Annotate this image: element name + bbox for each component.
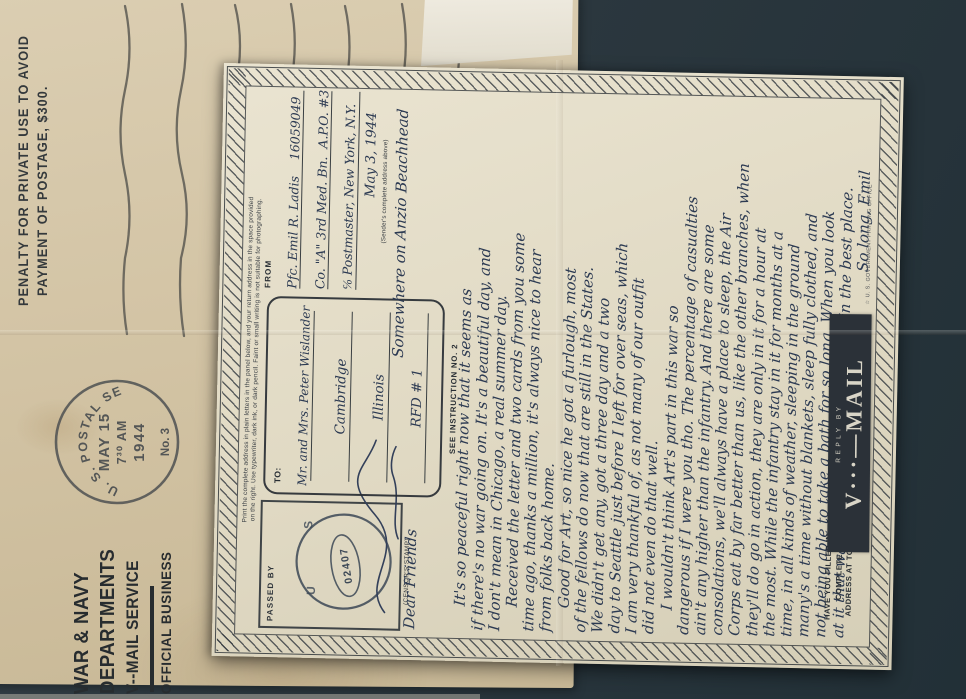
official-business-block: WAR & NAVYDEPARTMENTSV--MAIL SERVICE OFF…	[69, 480, 231, 694]
envelope-flap-paper	[419, 0, 575, 66]
postmark-circle: U. S. POSTAL SERVICE MAY 15 7³⁰ AM 1944 …	[47, 372, 187, 512]
scanner-bed-edge	[0, 694, 480, 699]
letter-body: Somewhere on Anzio BeachheadDear Friends…	[384, 97, 875, 639]
official-business-label: OFFICIAL BUSINESS	[158, 491, 174, 694]
v-mail-logo-text: V···—MAIL	[842, 357, 865, 509]
postmark-number: No. 3	[160, 428, 172, 456]
from-address-line: Co. "A" 3rd Med. Bn. A.P.O. #3	[300, 91, 332, 290]
from-address-line: ℅ Postmaster, New York, N.Y.	[328, 91, 360, 290]
postmark-stamp: U. S. POSTAL SERVICE MAY 15 7³⁰ AM 1944 …	[47, 372, 187, 512]
to-address-line: Cambridge	[311, 311, 353, 482]
censor-number: 02407	[338, 546, 355, 584]
letter-date: May 3, 1944	[360, 92, 380, 290]
censor-letter-s: S	[301, 521, 315, 529]
postmark-time: 7³⁰ AM	[115, 420, 129, 465]
scanned-vmail-letter: PENALTY FOR PRIVATE USE TO AVOID PAYMENT…	[0, 0, 966, 699]
to-label: TO:	[272, 467, 282, 483]
penalty-line-2: PAYMENT OF POSTAGE, $300.	[35, 42, 50, 296]
v-mail-logo: REPLY BY V···—MAIL	[827, 314, 871, 552]
postmark-year: 1944	[131, 422, 148, 461]
printing-office-credit: ☆ U. S. GOVERNMENT PRINTING OFFICE	[865, 184, 874, 305]
form-content: Print the complete address in plain lett…	[236, 87, 879, 644]
from-address-block: FROM Pfc. Emil R. Ladis 16059049Co. "A" …	[263, 90, 390, 291]
from-address-lines: Pfc. Emil R. Ladis 16059049Co. "A" 3rd M…	[272, 90, 360, 290]
to-address-line: Mr. and Mrs. Peter Wislander	[273, 310, 315, 481]
department-line: DEPARTMENTS	[95, 495, 121, 694]
from-address-line: Pfc. Emil R. Ladis 16059049	[272, 90, 304, 289]
sender-address-caption: (Sender's complete address above)	[379, 92, 390, 290]
department-line: V--MAIL SERVICE	[121, 495, 145, 694]
postmark-date: MAY 15	[96, 413, 113, 472]
divider-rule	[150, 586, 154, 692]
vmail-form: Print the complete address in plain lett…	[212, 63, 904, 670]
penalty-notice: PENALTY FOR PRIVATE USE TO AVOID PAYMENT…	[16, 26, 64, 306]
department-lines: WAR & NAVYDEPARTMENTSV--MAIL SERVICE	[69, 480, 145, 694]
to-address-line: Illinois	[349, 312, 391, 483]
penalty-line-1: PENALTY FOR PRIVATE USE TO AVOID	[16, 43, 31, 306]
censor-letter-u: U	[304, 586, 318, 595]
censor-stamp: PASSED BY 02407 U S	[258, 500, 403, 631]
department-line: WAR & NAVY	[69, 495, 95, 694]
